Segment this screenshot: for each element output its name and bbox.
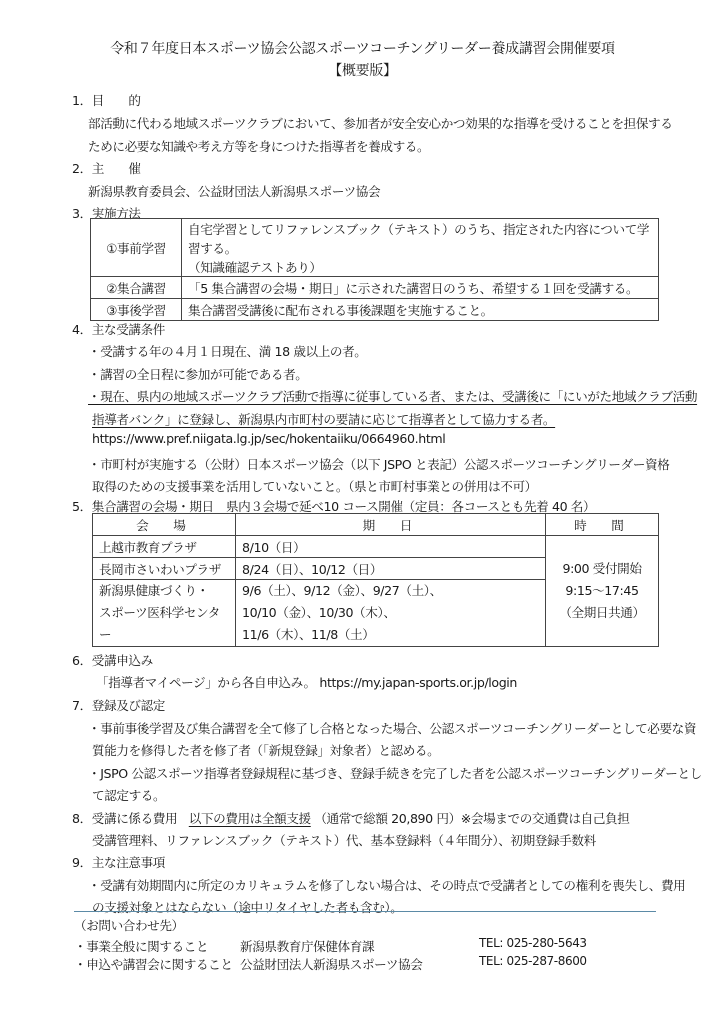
dates-cell: 9/6（土）、9/12（金）、9/27（土）、 10/10（金）、10/30（木…: [236, 580, 546, 647]
certification-item: 質能力を修得した者を修了者（「新規登録」対象者）と認める。: [92, 740, 439, 759]
dates-cell: 8/24（日）、10/12（日）: [236, 558, 546, 580]
section-1-heading: 1．目 的: [72, 90, 141, 109]
method-label: ①事前学習: [91, 219, 182, 277]
section-4-heading: 4．主な受講条件: [72, 319, 165, 338]
time-text: 9:00 受付開始: [552, 558, 652, 580]
contact-heading: （お問い合わせ先）: [74, 915, 184, 934]
time-cell: 9:00 受付開始 9:15～17:45 （全期日共通）: [546, 536, 659, 647]
dates-text: 11/6（木）、11/8（土）: [242, 624, 539, 646]
condition-item: ・講習の全日程に参加が可能である者。: [88, 364, 308, 383]
section-8-heading: 8．受講に係る費用: [72, 811, 177, 826]
venue-table: 会 場 期 日 時 間 上越市教育プラザ 8/10（日） 9:00 受付開始 9…: [92, 513, 659, 647]
method-description: 自宅学習としてリファレンスブック（テキスト）のうち、指定された内容について学習す…: [182, 219, 659, 277]
venue-cell: 新潟県健康づくり・ スポーツ医科学センター: [93, 580, 236, 647]
application-instruction: 「指導者マイページ」から各自申込み。: [96, 675, 316, 690]
condition-item: ・現在、県内の地域スポーツクラブ活動で指導に従事している者、または、受講後に「に…: [88, 386, 697, 405]
contact-subject: ・申込や講習会に関すること: [74, 954, 233, 973]
certification-item: ・事前事後学習及び集合講習を全て修了し合格となった場合、公認スポーツコーチングリ…: [88, 718, 696, 737]
separator-line: [74, 911, 656, 912]
section-8-row: 8．受講に係る費用 以下の費用は全額支援 （通常で総額 20,890 円）※会場…: [72, 808, 629, 827]
contact-org: 公益財団法人新潟県スポーツ協会: [240, 954, 422, 973]
time-text: （全期日共通）: [552, 602, 652, 624]
full-support-text: 以下の費用は全額支援: [189, 811, 311, 826]
dates-text: 9/6（土）、9/12（金）、9/27（土）、: [242, 580, 539, 602]
method-description: 「5 集合講習の会場・期日」に示された講習日のうち、希望する１回を受講する。: [182, 277, 659, 299]
notice-item: の支援対象とはならない（途中リタイヤした者も含む）。: [92, 897, 403, 916]
section-2-text: 新潟県教育委員会、公益財団法人新潟県スポーツ協会: [88, 181, 380, 200]
section-7-heading: 7．登録及び認定: [72, 695, 165, 714]
contact-tel[interactable]: TEL: 025-287-8600: [479, 954, 587, 968]
table-header-row: 会 場 期 日 時 間: [93, 514, 659, 536]
method-label: ③事後学習: [91, 299, 182, 321]
condition-item: ・受講する年の４月１日現在、満 18 歳以上の者。: [88, 341, 367, 360]
dates-cell: 8/10（日）: [236, 536, 546, 558]
column-header: 会 場: [93, 514, 236, 536]
certification-item: ・JSPO 公認スポーツ指導者登録規程に基づき、登録手続きを完了した者を公認スポ…: [88, 763, 702, 782]
condition-item: 指導者バンク」に登録し、新潟県内市町村の要請に応じて指導者として協力する者。: [92, 409, 555, 428]
notice-item: ・受講有効期間内に所定のカリキュラムを修了しない場合は、その時点で受講者としての…: [88, 875, 685, 894]
venue-cell: 上越市教育プラザ: [93, 536, 236, 558]
table-row: ②集合講習 「5 集合講習の会場・期日」に示された講習日のうち、希望する１回を受…: [91, 277, 659, 299]
document-subtitle: 【概要版】: [0, 60, 725, 80]
application-text: 「指導者マイページ」から各自申込み。 https://my.japan-spor…: [96, 672, 517, 691]
section-1-text: ために必要な知識や考え方等を身につけた指導者を養成する。: [88, 136, 429, 155]
section-9-heading: 9．主な注意事項: [72, 852, 165, 871]
method-table: ①事前学習 自宅学習としてリファレンスブック（テキスト）のうち、指定された内容に…: [90, 218, 659, 321]
bank-link[interactable]: https://www.pref.niigata.lg.jp/sec/hoken…: [92, 431, 445, 446]
contact-tel[interactable]: TEL: 025-280-5643: [479, 936, 587, 950]
venue-cell: 長岡市さいわいプラザ: [93, 558, 236, 580]
table-row: ①事前学習 自宅学習としてリファレンスブック（テキスト）のうち、指定された内容に…: [91, 219, 659, 277]
method-text: 自宅学習としてリファレンスブック（テキスト）のうち、指定された内容について学習す…: [188, 219, 652, 257]
condition-item: 取得のための支援事業を活用していないこと。（県と市町村事業との併用は不可）: [92, 476, 537, 495]
section-6-heading: 6．受講申込み: [72, 650, 153, 669]
venue-text: 新潟県健康づくり・: [99, 580, 229, 602]
cost-note: （通常で総額 20,890 円）※会場までの交通費は自己負担: [314, 811, 629, 826]
condition-item: ・市町村が実施する（公財）日本スポーツ協会（以下 JSPO と表記）公認スポーツ…: [88, 454, 669, 473]
section-2-heading: 2．主 催: [72, 158, 141, 177]
time-text: 9:15～17:45: [552, 580, 652, 602]
table-row: 上越市教育プラザ 8/10（日） 9:00 受付開始 9:15～17:45 （全…: [93, 536, 659, 558]
application-link[interactable]: https://my.japan-sports.or.jp/login: [319, 675, 517, 690]
section-1-text: 部活動に代わる地域スポーツクラブにおいて、参加者が安全安心かつ効果的な指導を受け…: [88, 113, 672, 132]
dates-text: 10/10（金）、10/30（木）、: [242, 602, 539, 624]
method-description: 集合講習受講後に配布される事後課題を実施すること。: [182, 299, 659, 321]
method-text: （知識確認テストあり）: [188, 257, 652, 276]
certification-item: て認定する。: [92, 785, 165, 804]
contact-org: 新潟県教育庁保健体育課: [240, 936, 374, 955]
column-header: 時 間: [546, 514, 659, 536]
cost-items: 受講管理料、リファレンスブック（テキスト）代、基本登録料（４年間分）、初期登録手…: [92, 830, 596, 849]
document-title: 令和７年度日本スポーツ協会公認スポーツコーチングリーダー養成講習会開催要項: [0, 38, 725, 58]
venue-text: スポーツ医科学センター: [99, 602, 229, 646]
column-header: 期 日: [236, 514, 546, 536]
contact-subject: ・事業全般に関すること: [74, 936, 208, 955]
table-row: ③事後学習 集合講習受講後に配布される事後課題を実施すること。: [91, 299, 659, 321]
method-label: ②集合講習: [91, 277, 182, 299]
